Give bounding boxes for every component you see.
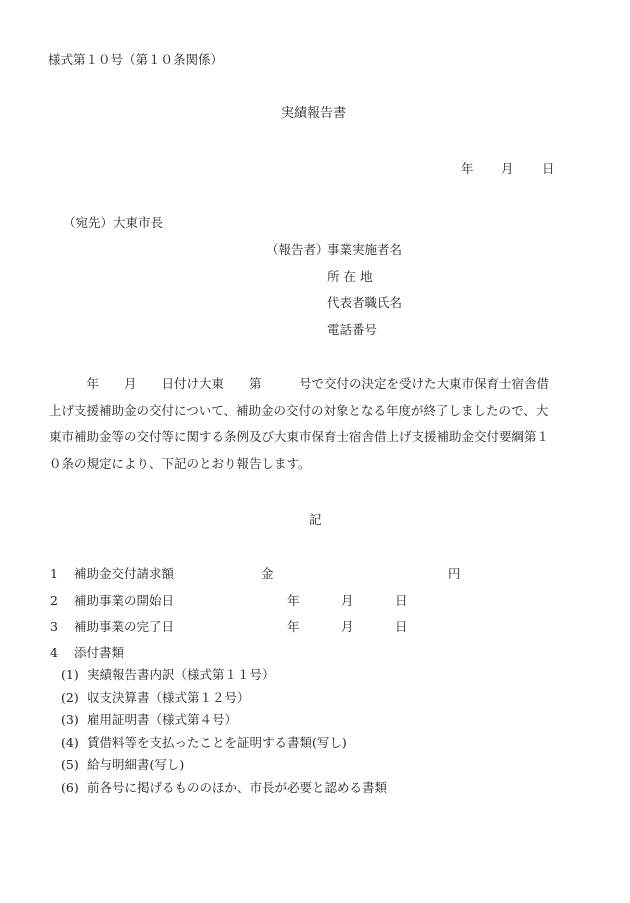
body-line: 東市補助金等の交付等に関する条例及び大東市保育士宿舎借上げ支援補助金交付要綱第１ [49,424,585,451]
date-month: 月 [501,161,514,177]
date-day: 日 [542,161,555,177]
attachment-text: 雇用証明書（様式第４号） [87,712,237,728]
item-label: 補助事業の完了日 [74,619,174,635]
start-day: 日 [395,593,408,609]
item-label: 補助金交付請求額 [74,566,174,582]
item-label: 補助事業の開始日 [74,593,174,609]
start-month: 月 [341,593,354,609]
end-month: 月 [341,619,354,635]
attachment-text: 前各号に掲げるもののほか、市長が必要と認める書類 [87,780,387,796]
reporter-field-address: 所 在 地 [327,269,372,285]
amount-prefix: 金 [261,566,274,582]
reporter-field-name: 事業実施者名 [327,242,402,258]
attachment-text: 給与明細書(写し) [87,757,184,773]
start-year: 年 [287,593,300,609]
form-number: 様式第１０号（第１０条関係） [48,52,223,68]
attachment-number: (2) [61,690,79,706]
amount-suffix: 円 [448,566,461,582]
item-number: 4 [50,645,58,661]
attachment-number: (4) [61,735,79,751]
body-line: 年 月 日付け大東 第 号で交付の決定を受けた大東市保育士宿舎借 [49,371,585,398]
document-title: 実績報告書 [281,106,346,122]
item-number: 2 [50,593,58,609]
reporter-label: （報告者） [266,242,329,258]
end-year: 年 [287,619,300,635]
item-label: 添付書類 [74,645,124,661]
attachment-number: (6) [61,780,79,796]
attachment-text: 実績報告書内訳（様式第１１号） [87,667,275,683]
body-paragraph: 年 月 日付け大東 第 号で交付の決定を受けた大東市保育士宿舎借 上げ支援補助金… [49,371,585,477]
item-number: 3 [50,619,58,635]
addressee: （宛先）大東市長 [63,215,163,231]
reporter-field-representative: 代表者職氏名 [327,295,402,311]
item-number: 1 [50,566,58,582]
end-day: 日 [395,619,408,635]
attachment-number: (1) [61,667,79,683]
attachment-text: 収支決算書（様式第１２号） [87,690,250,706]
date-year: 年 [461,161,474,177]
attachment-number: (3) [61,712,79,728]
body-line: ０条の規定により、下記のとおり報告します。 [49,451,585,478]
attachment-number: (5) [61,757,79,773]
note-heading: 記 [309,512,322,528]
reporter-field-phone: 電話番号 [327,322,377,338]
body-line: 上げ支援補助金の交付について、補助金の交付の対象となる年度が終了しましたので、大 [49,398,585,425]
attachment-text: 賃借料等を支払ったことを証明する書類(写し) [87,735,347,751]
